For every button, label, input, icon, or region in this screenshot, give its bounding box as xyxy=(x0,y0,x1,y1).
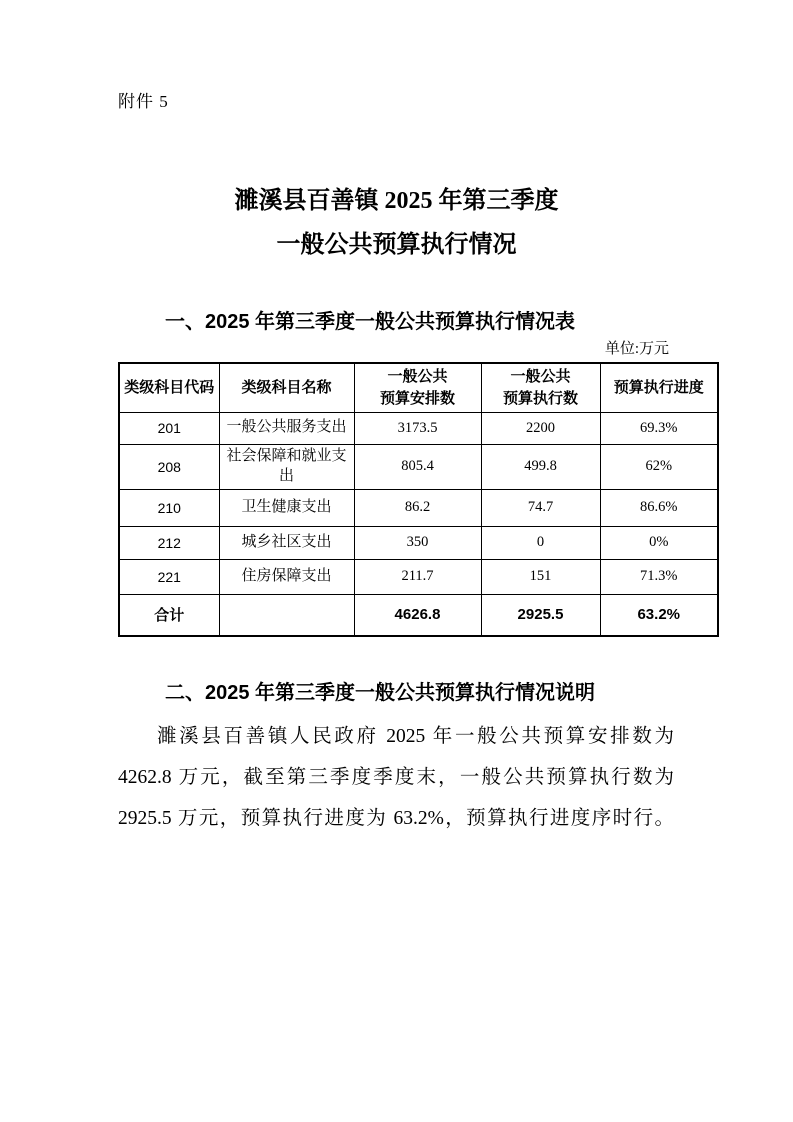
table-header-row: 类级科目代码 类级科目名称 一般公共 预算安排数 一般公共 预算执行数 预算执行… xyxy=(119,363,718,412)
cell-progress: 0% xyxy=(600,526,718,559)
total-executed: 2925.5 xyxy=(481,594,600,636)
cell-code: 221 xyxy=(119,559,219,594)
cell-arranged: 805.4 xyxy=(354,444,481,489)
cell-code: 208 xyxy=(119,444,219,489)
cell-executed: 151 xyxy=(481,559,600,594)
table-row: 201 一般公共服务支出 3173.5 2200 69.3% xyxy=(119,412,718,444)
cell-name: 社会保障和就业支出 xyxy=(219,444,354,489)
document-title-line2: 一般公共预算执行情况 xyxy=(0,224,793,259)
unit-label: 单位:万元 xyxy=(118,337,717,358)
cell-name: 住房保障支出 xyxy=(219,559,354,594)
cell-executed: 0 xyxy=(481,526,600,559)
header-subject-name: 类级科目名称 xyxy=(219,363,354,412)
total-label: 合计 xyxy=(119,594,219,636)
paragraph-line: 2925.5 万元，预算执行进度为 63.2%，预算执行进度序时行。 xyxy=(118,798,674,839)
cell-executed: 74.7 xyxy=(481,489,600,526)
cell-arranged: 350 xyxy=(354,526,481,559)
table-row: 221 住房保障支出 211.7 151 71.3% xyxy=(119,559,718,594)
header-budget-arranged: 一般公共 预算安排数 xyxy=(354,363,481,412)
total-arranged: 4626.8 xyxy=(354,594,481,636)
cell-arranged: 211.7 xyxy=(354,559,481,594)
cell-arranged: 86.2 xyxy=(354,489,481,526)
cell-name: 一般公共服务支出 xyxy=(219,412,354,444)
table-row: 210 卫生健康支出 86.2 74.7 86.6% xyxy=(119,489,718,526)
header-budget-executed: 一般公共 预算执行数 xyxy=(481,363,600,412)
document-page: 附件 5 濉溪县百善镇 2025 年第三季度 一般公共预算执行情况 一、2025… xyxy=(0,0,793,1122)
table-total-row: 合计 4626.8 2925.5 63.2% xyxy=(119,594,718,636)
cell-executed: 499.8 xyxy=(481,444,600,489)
cell-code: 212 xyxy=(119,526,219,559)
cell-progress: 86.6% xyxy=(600,489,718,526)
cell-code: 201 xyxy=(119,412,219,444)
header-subject-code: 类级科目代码 xyxy=(119,363,219,412)
explanation-paragraph: 濉溪县百善镇人民政府 2025 年一般公共预算安排数为 4262.8 万元，截至… xyxy=(118,716,674,839)
cell-arranged: 3173.5 xyxy=(354,412,481,444)
attachment-label: 附件 5 xyxy=(118,87,169,112)
paragraph-line: 4262.8 万元，截至第三季度季度末，一般公共预算执行数为 xyxy=(118,757,674,798)
cell-executed: 2200 xyxy=(481,412,600,444)
cell-progress: 62% xyxy=(600,444,718,489)
cell-progress: 71.3% xyxy=(600,559,718,594)
table-row: 208 社会保障和就业支出 805.4 499.8 62% xyxy=(119,444,718,489)
document-title-line1: 濉溪县百善镇 2025 年第三季度 xyxy=(0,180,793,215)
cell-code: 210 xyxy=(119,489,219,526)
header-progress: 预算执行进度 xyxy=(600,363,718,412)
paragraph-line: 濉溪县百善镇人民政府 2025 年一般公共预算安排数为 xyxy=(118,716,674,757)
cell-progress: 69.3% xyxy=(600,412,718,444)
budget-table: 类级科目代码 类级科目名称 一般公共 预算安排数 一般公共 预算执行数 预算执行… xyxy=(118,362,719,637)
total-name xyxy=(219,594,354,636)
cell-name: 城乡社区支出 xyxy=(219,526,354,559)
section1-heading: 一、2025 年第三季度一般公共预算执行情况表 xyxy=(165,305,575,334)
section2-heading: 二、2025 年第三季度一般公共预算执行情况说明 xyxy=(165,676,595,705)
table-row: 212 城乡社区支出 350 0 0% xyxy=(119,526,718,559)
cell-name: 卫生健康支出 xyxy=(219,489,354,526)
total-progress: 63.2% xyxy=(600,594,718,636)
